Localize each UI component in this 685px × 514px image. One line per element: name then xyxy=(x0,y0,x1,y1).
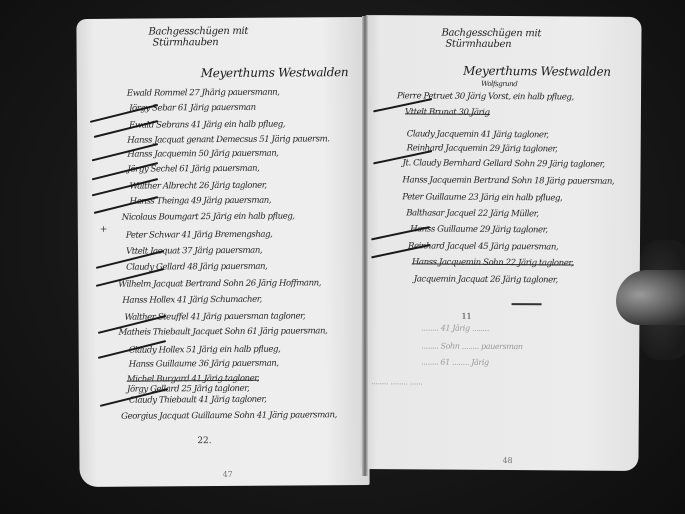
right-page: Bachgesschügen mit Stürmhauben Meyerthum… xyxy=(360,15,641,471)
entry: Hanss Guillaume 36 Järig pauersman, xyxy=(129,359,279,370)
entry: Hanss Hollex 41 Järig Schumacher, xyxy=(122,295,261,306)
entry: Claudy Jacquemin 41 Järig tagloner, xyxy=(407,129,549,140)
cross-mark: + xyxy=(100,225,108,235)
book-gutter xyxy=(362,16,368,476)
entry: Jacquemin Jacquat 26 Järig tagloner, xyxy=(414,274,558,285)
left-footer-mark: 22. xyxy=(197,436,211,446)
bleedthrough-text: ........ 41 Järig ........ xyxy=(421,323,489,332)
entry: Reinhard Jacquel 45 Järig pauersman, xyxy=(408,241,558,252)
entry: Balthasar Jacquel 22 Järig Müller, xyxy=(406,208,539,219)
entry: Georgius Jacquat Guillaume Sohn 41 Järig… xyxy=(121,410,337,422)
right-subheading: Meyerthums Westwalden xyxy=(463,64,611,79)
entry: Peter Schwar 41 Järig Bremengshag, xyxy=(126,230,273,241)
entry: Ewald Rommel 27 Jhärig pauersmann, xyxy=(127,88,280,99)
left-page-number: 47 xyxy=(223,470,233,479)
entry: Claudy Thiebault 41 Järig tagloner, xyxy=(129,395,266,406)
entry: Claudy Hollex 51 Järig ein halb pflueg, xyxy=(129,345,281,356)
right-page-number: 48 xyxy=(502,456,512,465)
bleedthrough-text: ........ ........ ...... xyxy=(371,377,422,386)
entry: Jt. Claudy Bernhard Gellard Sohn 29 Järi… xyxy=(403,158,605,169)
entry: Matheis Thiebault Jacquet Sohn 61 Järig … xyxy=(119,326,328,337)
right-footer-mark: 11 xyxy=(461,312,471,321)
bleedthrough-text: ........ Sohn ........ pauersman xyxy=(421,341,522,351)
entry-struck: Vttelt Brunat 30 Järig xyxy=(405,107,490,118)
right-heading-line-1: Bachgesschügen mit xyxy=(441,28,541,40)
thumb-holding-page xyxy=(616,270,685,325)
left-heading-line-2: Stürmhauben xyxy=(153,37,219,48)
short-rule xyxy=(512,303,542,305)
right-heading-line-2: Stürmhauben xyxy=(445,39,511,50)
left-subheading: Meyerthums Westwalden xyxy=(201,65,349,80)
left-heading-line-1: Bachgesschügen mit xyxy=(148,26,248,38)
entry: Walther Albrecht 26 Järig tagloner, xyxy=(130,181,267,192)
entry: Wilhelm Jacquat Bertrand Sohn 26 Järig H… xyxy=(118,278,321,289)
entry-struck: Hanss Jacquemin Sohn 22 Järig tagloner, xyxy=(412,257,574,268)
entry: Hanss Guillaume 29 Järig tagloner, xyxy=(410,224,548,235)
right-subheading-note: Wolfsgrund xyxy=(481,80,517,88)
entry: Walther Steuffel 41 Järig pauersman tagl… xyxy=(124,311,305,322)
entry: Nicolaus Boumgart 25 Järig ein halb pflu… xyxy=(122,211,295,222)
left-page: Bachgesschügen mit Stürmhauben Meyerthum… xyxy=(76,17,369,487)
entry: Hanss Jacquemin 50 Järig pauersman, xyxy=(127,149,278,160)
entry: Reinhard Jacquemin 29 Järig tagloner, xyxy=(407,143,558,154)
entry: Hanss Jacquemin Bertrand Sohn 18 Järig p… xyxy=(402,175,614,186)
bleedthrough-text: ........ 61 ........ Järig xyxy=(421,357,489,366)
entry: Peter Guillaume 23 Järig ein halb pflueg… xyxy=(402,192,562,203)
